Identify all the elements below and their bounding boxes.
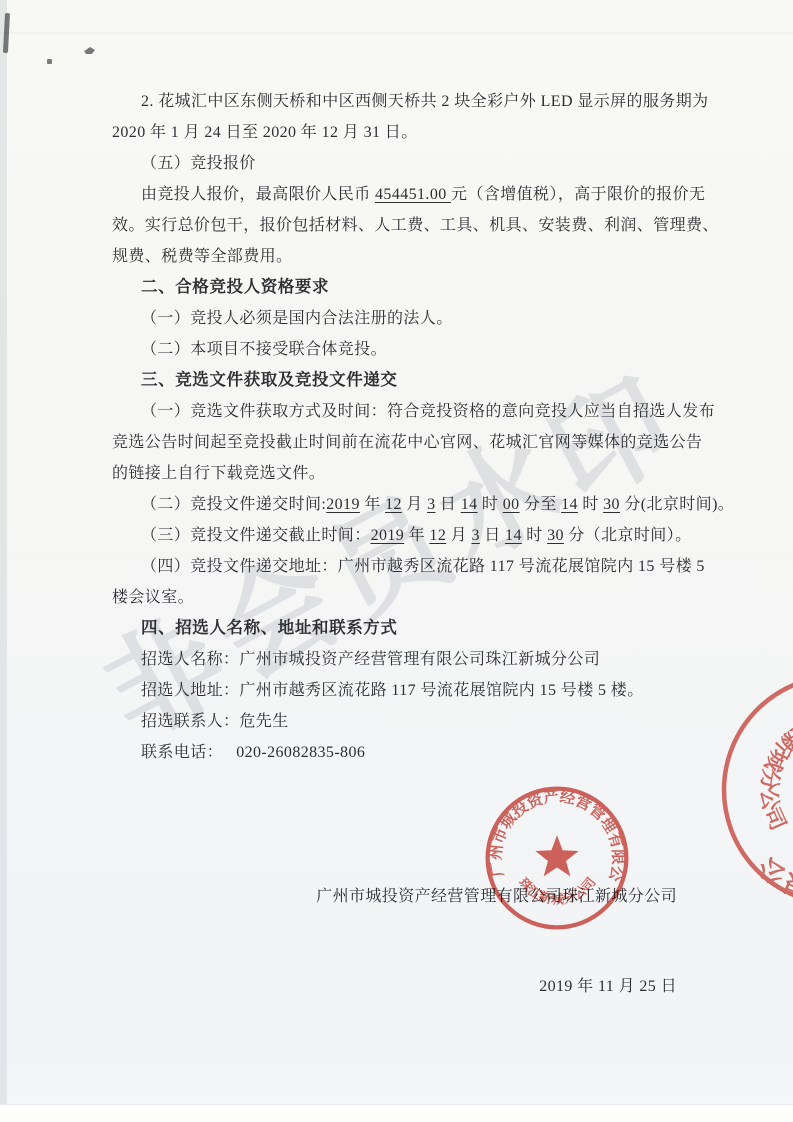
document-line: （二）竞投文件递交时间:2019 年 12 月 3 日 14 时 00 分至 1… bbox=[112, 489, 722, 520]
underlined-value: 2019 bbox=[326, 496, 360, 513]
document-line: 竞选公告时间起至竞投截止时间前在流花中心官网、花城汇官网等媒体的竞选公告 bbox=[112, 427, 722, 458]
text-run: 联系电话： 020-26082835-806 bbox=[141, 744, 365, 761]
document-line: 招选人名称：广州市城投资产经营管理有限公司珠江新城分公司 bbox=[112, 644, 722, 675]
document-line: 招选联系人：危先生 bbox=[112, 706, 722, 737]
text-run: 的链接上自行下载竞选文件。 bbox=[112, 465, 325, 482]
text-run: 楼会议室。 bbox=[112, 589, 194, 606]
text-run: 招选人地址：广州市越秀区流花路 117 号流花展馆院内 15 号楼 5 楼。 bbox=[141, 682, 644, 699]
svg-text:珠江新城分公司: 珠江新城分公司 bbox=[735, 692, 793, 841]
scanned-document-page: 非会员水印 2. 花城汇中区东侧天桥和中区西侧天桥共 2 块全彩户外 LED 显… bbox=[0, 0, 793, 1122]
text-run: 日 bbox=[435, 496, 460, 513]
document-line: 二、合格竞投人资格要求 bbox=[112, 272, 722, 303]
text-run: （五）竞投报价 bbox=[141, 155, 256, 172]
text-run: 月 bbox=[446, 527, 471, 544]
text-run: 日 bbox=[480, 527, 505, 544]
underlined-value: 454451.00 bbox=[375, 186, 451, 203]
scan-artifact-smudge bbox=[84, 47, 95, 54]
underlined-value: 2019 bbox=[371, 527, 405, 544]
document-line: （二）本项目不接受联合体竞投。 bbox=[112, 334, 722, 365]
document-line: （一）竞选文件获取方式及时间：符合竞投资格的意向竞投人应当自招选人发布 bbox=[112, 396, 722, 427]
text-run: （二）竞投文件递交时间: bbox=[141, 496, 326, 513]
document-line: 联系电话： 020-26082835-806 bbox=[112, 737, 722, 768]
document-line: 三、竞选文件获取及竞投文件递交 bbox=[112, 365, 722, 396]
text-run: 由竞投人报价，最高限价人民币 bbox=[141, 186, 375, 203]
text-run: （四）竞投文件递交地址：广州市越秀区流花路 117 号流花展馆院内 15 号楼 … bbox=[141, 558, 705, 575]
document-line: 招选人地址：广州市越秀区流花路 117 号流花展馆院内 15 号楼 5 楼。 bbox=[112, 675, 722, 706]
text-run: 时 bbox=[478, 496, 503, 513]
text-run: 2020 年 1 月 24 日至 2020 年 12 月 31 日。 bbox=[112, 124, 418, 141]
text-run: 四、招选人名称、地址和联系方式 bbox=[141, 619, 398, 637]
document-line: （五）竞投报价 bbox=[112, 148, 722, 179]
underlined-value: 00 bbox=[503, 496, 520, 513]
underlined-value: 12 bbox=[429, 527, 446, 544]
document-line: 楼会议室。 bbox=[112, 582, 722, 613]
document-line: （三）竞投文件递交截止时间：2019 年 12 月 3 日 14 时 30 分（… bbox=[112, 520, 722, 551]
underlined-value: 14 bbox=[505, 527, 522, 544]
document-line: 由竞投人报价，最高限价人民币 454451.00 元（含增值税），高于限价的报价… bbox=[112, 179, 722, 210]
text-run: （三）竞投文件递交截止时间： bbox=[141, 527, 371, 544]
document-line: 2. 花城汇中区东侧天桥和中区西侧天桥共 2 块全彩户外 LED 显示屏的服务期… bbox=[112, 86, 722, 117]
scan-left-edge-shadow bbox=[0, 0, 7, 1122]
text-run: 规费、税费等全部费用。 bbox=[112, 248, 292, 265]
document-line: 规费、税费等全部费用。 bbox=[112, 241, 722, 272]
text-run: 2. 花城汇中区东侧天桥和中区西侧天桥共 2 块全彩户外 LED 显示屏的服务期… bbox=[141, 93, 709, 110]
underlined-value: 30 bbox=[547, 527, 564, 544]
text-run: （二）本项目不接受联合体竞投。 bbox=[141, 341, 387, 358]
underlined-value: 14 bbox=[461, 496, 478, 513]
text-run: 竞选公告时间起至竞投截止时间前在流花中心官网、花城汇官网等媒体的竞选公告 bbox=[112, 434, 702, 451]
seal-branch-text: 珠江新城分公司 bbox=[516, 874, 599, 906]
text-run: （一）竞选文件获取方式及时间：符合竞投资格的意向竞投人应当自招选人发布 bbox=[141, 403, 715, 420]
text-run: 时 bbox=[578, 496, 603, 513]
document-line: （四）竞投文件递交地址：广州市越秀区流花路 117 号流花展馆院内 15 号楼 … bbox=[112, 551, 722, 582]
edge-seal-branch-text: 珠江新城分公司 bbox=[735, 692, 793, 841]
seal-star-icon bbox=[535, 835, 578, 876]
text-run: 年 bbox=[404, 527, 429, 544]
document-line: 2020 年 1 月 24 日至 2020 年 12 月 31 日。 bbox=[112, 117, 722, 148]
document-line: 的链接上自行下载竞选文件。 bbox=[112, 458, 722, 489]
text-run: 时 bbox=[522, 527, 547, 544]
scan-streak bbox=[0, 32, 793, 34]
text-run: 招选人名称：广州市城投资产经营管理有限公司珠江新城分公司 bbox=[141, 651, 600, 668]
document-line: 四、招选人名称、地址和联系方式 bbox=[112, 613, 722, 644]
text-run: 分(北京时间)。 bbox=[620, 496, 734, 513]
text-run: 年 bbox=[360, 496, 385, 513]
document-body: 2. 花城汇中区东侧天桥和中区西侧天桥共 2 块全彩户外 LED 显示屏的服务期… bbox=[112, 86, 722, 768]
document-line: 效。实行总价包干，报价包括材料、人工费、工具、机具、安装费、利润、管理费、 bbox=[112, 210, 722, 241]
company-seal-stamp: 广州市城投资产经营管理有限公司 珠江新城分公司 bbox=[481, 782, 633, 934]
text-run: 三、竞选文件获取及竞投文件递交 bbox=[141, 371, 398, 389]
scan-artifact-mark bbox=[3, 13, 10, 53]
underlined-value: 30 bbox=[603, 496, 620, 513]
text-run: 效。实行总价包干，报价包括材料、人工费、工具、机具、安装费、利润、管理费、 bbox=[112, 217, 719, 234]
scan-artifact-speck bbox=[47, 59, 52, 64]
document-line: （一）竞投人必须是国内合法注册的法人。 bbox=[112, 303, 722, 334]
text-run: 招选联系人：危先生 bbox=[141, 713, 289, 730]
text-run: 月 bbox=[402, 496, 427, 513]
svg-text:珠江新城分公司: 珠江新城分公司 bbox=[516, 874, 599, 906]
scan-bottom-edge bbox=[0, 1104, 793, 1122]
text-run: 元（含增值税），高于限价的报价无 bbox=[451, 186, 705, 203]
text-run: 分（北京时间）。 bbox=[564, 527, 692, 544]
underlined-value: 14 bbox=[561, 496, 578, 513]
text-run: 分至 bbox=[520, 496, 562, 513]
signature-date: 2019 年 11 月 25 日 bbox=[316, 972, 677, 1002]
text-run: 二、合格竞投人资格要求 bbox=[141, 278, 329, 296]
underlined-value: 3 bbox=[471, 527, 479, 544]
text-run: （一）竞投人必须是国内合法注册的法人。 bbox=[141, 310, 453, 327]
underlined-value: 12 bbox=[385, 496, 402, 513]
